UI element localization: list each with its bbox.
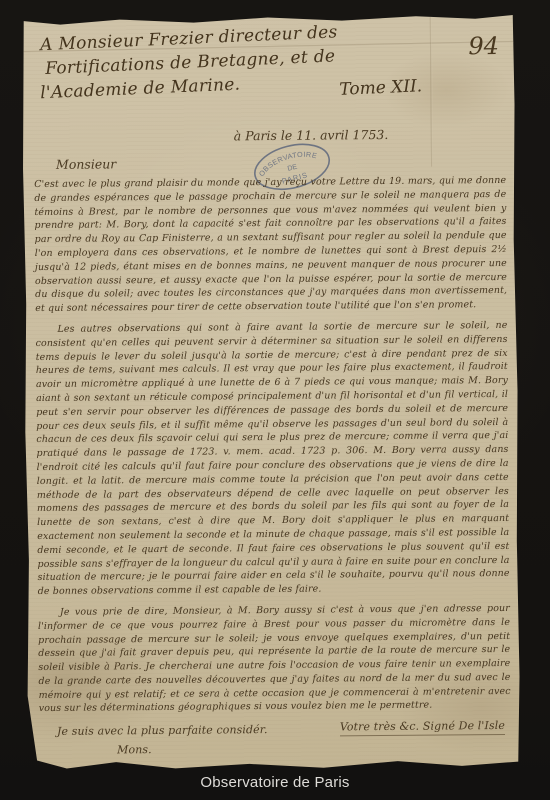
body-paragraph-2: Les autres observations qui sont à faire… (35, 319, 509, 599)
signature: Votre très &c. Signé De l'Isle (340, 719, 505, 736)
letter-body: C'est avec le plus grand plaisir du mond… (34, 174, 511, 758)
body-paragraph-1: C'est avec le plus grand plaisir du mond… (34, 174, 507, 316)
folio-number: 94 (468, 32, 499, 60)
salutation: Monsieur (56, 156, 116, 172)
body-paragraph-3: Je vous prie de dire, Monsieur, à M. Bor… (38, 602, 511, 716)
volume-label: Tome XII. (339, 76, 423, 100)
address-block: A Monsieur Frezier directeur des Fortifi… (40, 20, 340, 105)
closing-line: Je suis avec la plus parfaite considér. (57, 723, 268, 739)
closing-abbrev: Mons. (117, 740, 511, 757)
stamp-text-middle: DE (287, 164, 298, 173)
scan-photo: A Monsieur Frezier directeur des Fortifi… (0, 0, 550, 800)
vertical-fold-crease (430, 17, 433, 167)
closing-row: Je suis avec la plus parfaite considér. … (39, 719, 511, 739)
caption-observatoire-de-paris: Observatoire de Paris (0, 774, 550, 791)
letter-page: A Monsieur Frezier directeur des Fortifi… (21, 14, 522, 771)
